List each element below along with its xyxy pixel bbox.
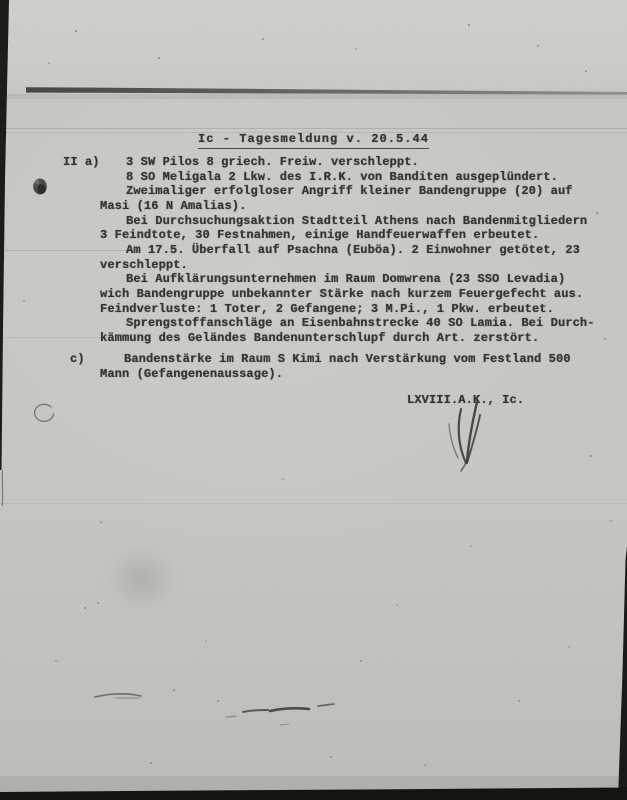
page-edge-line	[0, 87, 627, 99]
report-line: Feindverluste: 1 Toter, 2 Gefangene; 3 M…	[100, 303, 554, 316]
handwritten-signature	[0, 0, 627, 800]
film-grain-texture	[0, 0, 627, 800]
report-line: verschleppt.	[100, 259, 188, 272]
section-label-iia: II a)	[63, 156, 100, 169]
paper-crease	[0, 250, 140, 251]
pencil-circle-mark	[35, 404, 54, 421]
scan-tone-boundary	[0, 503, 627, 504]
report-line: Bei Aufklärungsunternehmen im Raum Domwr…	[126, 273, 565, 286]
scan-marks-overlay	[0, 0, 627, 800]
report-line: Sprengstoffanschläge an Eisenbahnstrecke…	[126, 317, 595, 330]
scan-artifact-line	[0, 128, 627, 129]
underlying-page-strip	[0, 0, 627, 88]
page-bottom-shadow	[0, 776, 627, 792]
section-label-c: c)	[70, 353, 85, 366]
report-line: Masi (16 N Amalias).	[100, 200, 246, 213]
report-line: kämmung des Geländes Bandenunterschlupf …	[100, 332, 539, 345]
report-line: 3 SW Pilos 8 griech. Freiw. verschleppt.	[126, 156, 419, 169]
paper-crease	[0, 337, 110, 338]
report-title: Ic - Tagesmeldung v. 20.5.44	[198, 133, 429, 149]
scanned-document-page: Ic - Tagesmeldung v. 20.5.44 II a) 3 SW …	[0, 0, 627, 800]
paper-dust-specks	[0, 0, 2, 2]
unit-signoff: LXVIII.A.K., Ic.	[407, 394, 524, 407]
report-line: 8 SO Meligala 2 Lkw. des I.R.K. von Band…	[126, 171, 558, 184]
report-line: Bandenstärke im Raum S Kimi nach Verstär…	[124, 353, 571, 366]
report-line: Zweimaliger erfolgloser Angriff kleiner …	[126, 185, 573, 198]
ink-blob	[33, 179, 47, 195]
pencil-smudges	[95, 694, 334, 725]
report-line: wich Bandengruppe unbekannter Stärke nac…	[100, 288, 583, 301]
scan-black-edges	[0, 0, 627, 800]
report-line: Bei Durchsuchungsaktion Stadtteil Athens…	[126, 215, 587, 228]
report-line: 3 Feindtote, 30 Festnahmen, einige Handf…	[100, 229, 539, 242]
report-line: Mann (Gefangenenaussage).	[100, 368, 283, 381]
paper-stain	[92, 535, 192, 623]
report-line: Am 17.5. Überfall auf Psachna (Euböa). 2…	[126, 244, 580, 257]
